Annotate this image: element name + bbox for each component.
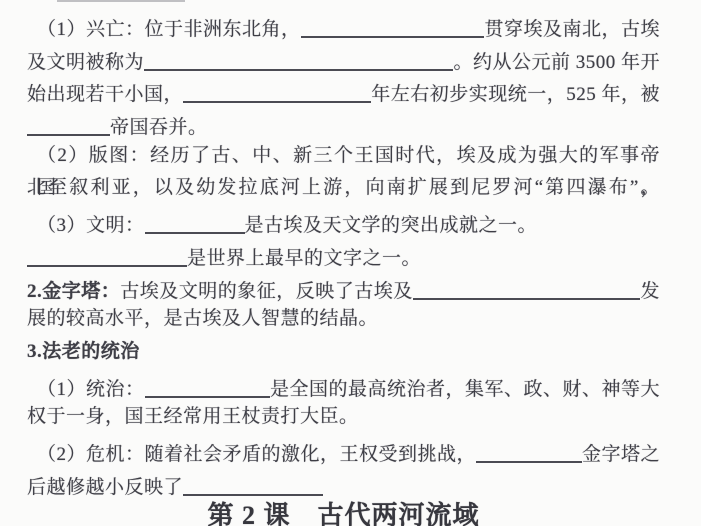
document-line: （3）文明：是古埃及天文学的突出成就之一。 bbox=[27, 205, 660, 238]
heading-text: 3.法老的统治 bbox=[27, 341, 140, 362]
line-text: 北至叙利亚，以及幼发拉底河上游，向南扩展到尼罗河“第四瀑布”。 bbox=[27, 177, 660, 198]
document-line: 帝国吞并。 bbox=[27, 107, 660, 140]
line-text: （3）文明： bbox=[37, 215, 145, 236]
document-line: 北至叙利亚，以及幼发拉底河上游，向南扩展到尼罗河“第四瀑布”。 bbox=[27, 172, 660, 205]
line-text: 是古埃及天文学的突出成就之一。 bbox=[245, 215, 538, 236]
fill-in-blank-underline bbox=[183, 77, 371, 103]
document-line: （2）危机：随着社会矛盾的激化，王权受到挑战，金字塔之 bbox=[27, 434, 660, 467]
fill-in-blank-underline bbox=[413, 274, 641, 300]
fill-in-blank-underline bbox=[145, 372, 270, 398]
line-text: 权于一身，国王经常用王杖责打大臣。 bbox=[27, 406, 359, 427]
document-line: 权于一身，国王经常用王杖责打大臣。 bbox=[27, 401, 660, 434]
document-line: （2）版图：经历了古、中、新三个王国时代，埃及成为强大的军事帝国， bbox=[27, 140, 660, 173]
fill-in-blank-underline bbox=[27, 110, 110, 136]
fill-in-blank-underline bbox=[144, 45, 453, 71]
fill-in-blank-underline bbox=[301, 12, 485, 38]
document-line: 及文明被称为。约从公元前 3500 年开 bbox=[27, 42, 660, 75]
document-line: 2.金字塔：古埃及文明的象征，反映了古埃及发 bbox=[27, 271, 660, 304]
line-text: 是世界上最早的文字之一。 bbox=[187, 248, 421, 269]
document-line: 是世界上最早的文字之一。 bbox=[27, 238, 660, 271]
document-body: （1）兴亡：位于非洲东北角，贯穿埃及南北，古埃及文明被称为。约从公元前 3500… bbox=[0, 0, 701, 526]
fill-in-blank-underline bbox=[145, 208, 245, 234]
document-line: 始出现若干小国，年左右初步实现统一，525 年，被 bbox=[27, 74, 660, 107]
fill-in-blank-underline bbox=[476, 437, 582, 463]
document-line: （1）兴亡：位于非洲东北角，贯穿埃及南北，古埃 bbox=[27, 9, 660, 42]
next-lesson-heading: 第 2 课 古代两河流域 bbox=[27, 501, 660, 526]
line-text: 后越修越小反映了 bbox=[27, 477, 183, 498]
fill-in-blank-underline bbox=[27, 241, 187, 267]
line-text: 帝国吞并。 bbox=[110, 117, 208, 138]
fill-in-blank-underline bbox=[183, 470, 323, 496]
document-line: 展的较高水平，是古埃及人智慧的结晶。 bbox=[27, 303, 660, 336]
document-line: 后越修越小反映了 bbox=[27, 467, 660, 500]
document-line: （1）统治：是全国的最高统治者，集军、政、财、神等大 bbox=[27, 369, 660, 402]
document-line: 3.法老的统治 bbox=[27, 336, 660, 369]
document-lines: （1）兴亡：位于非洲东北角，贯穿埃及南北，古埃及文明被称为。约从公元前 3500… bbox=[27, 9, 660, 499]
line-text: 展的较高水平，是古埃及人智慧的结晶。 bbox=[27, 308, 378, 329]
worksheet-page: （1）兴亡：位于非洲东北角，贯穿埃及南北，古埃及文明被称为。约从公元前 3500… bbox=[0, 0, 701, 526]
